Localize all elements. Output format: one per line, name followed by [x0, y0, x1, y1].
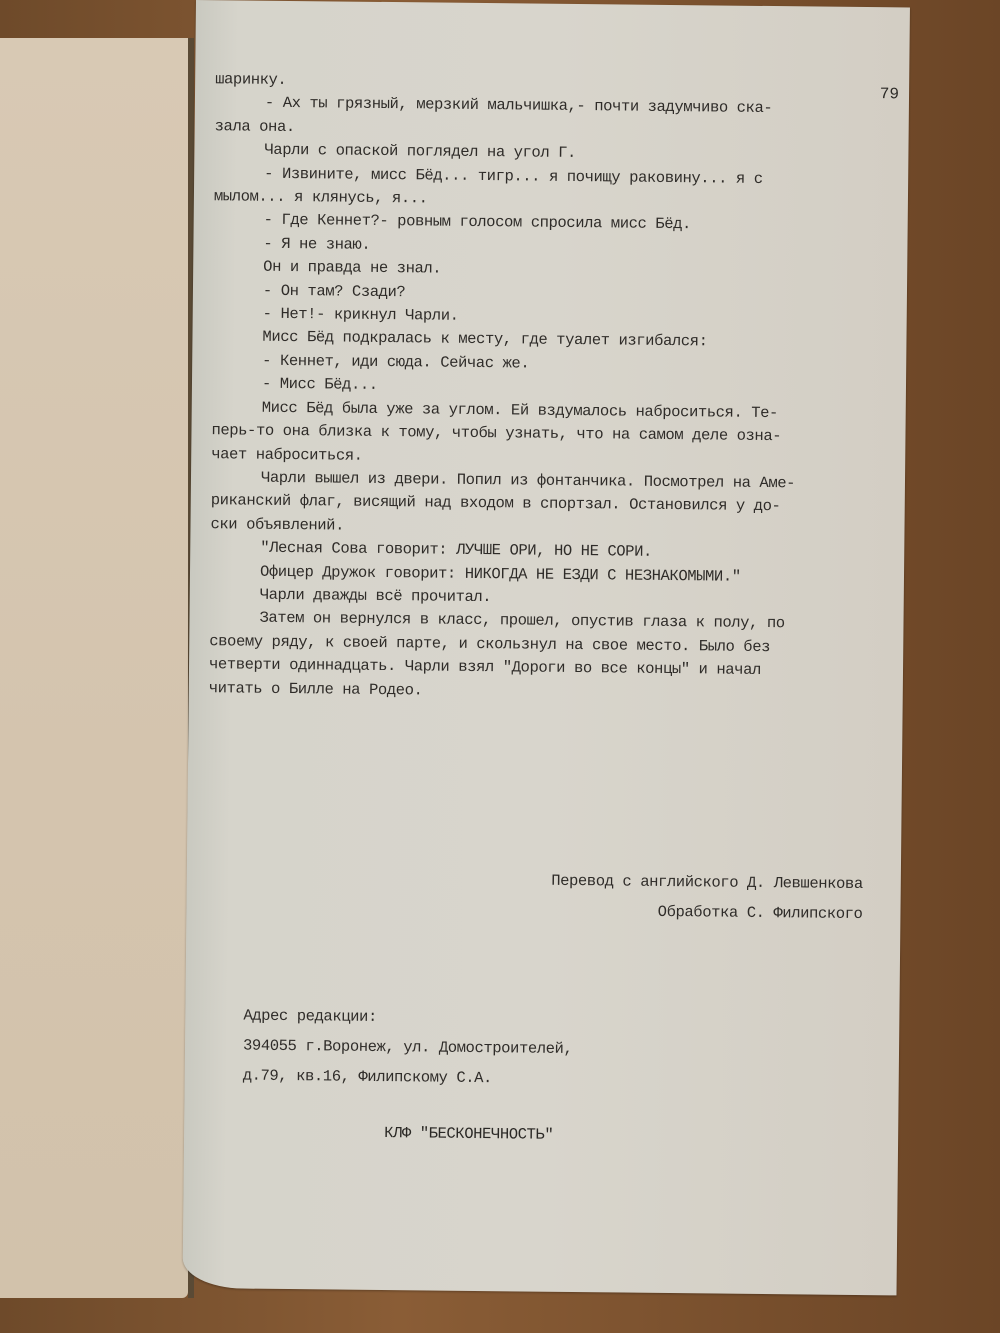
- translation-credit: Перевод с английского Д. Левшенкова: [551, 866, 863, 899]
- address-label: Адрес редакции:: [243, 1001, 573, 1034]
- left-page-blank: [0, 38, 188, 1298]
- editing-credit: Обработка С. Филипского: [551, 896, 863, 929]
- page-number: 79: [880, 85, 899, 103]
- address-line-2: д.79, кв.16, Филипскому С.А.: [243, 1061, 573, 1094]
- editorial-address: Адрес редакции: 394055 г.Воронеж, ул. До…: [243, 1001, 573, 1094]
- credits: Перевод с английского Д. Левшенкова Обра…: [551, 866, 863, 929]
- club-name: КЛФ "БЕСКОНЕЧНОСТЬ": [384, 1124, 553, 1144]
- address-line-1: 394055 г.Воронеж, ул. Домостроителей,: [243, 1031, 573, 1064]
- body-text: шаринку.- Ах ты грязный, мерзкий мальчиш…: [209, 68, 876, 707]
- right-page: 79 шаринку.- Ах ты грязный, мерзкий маль…: [183, 0, 910, 1295]
